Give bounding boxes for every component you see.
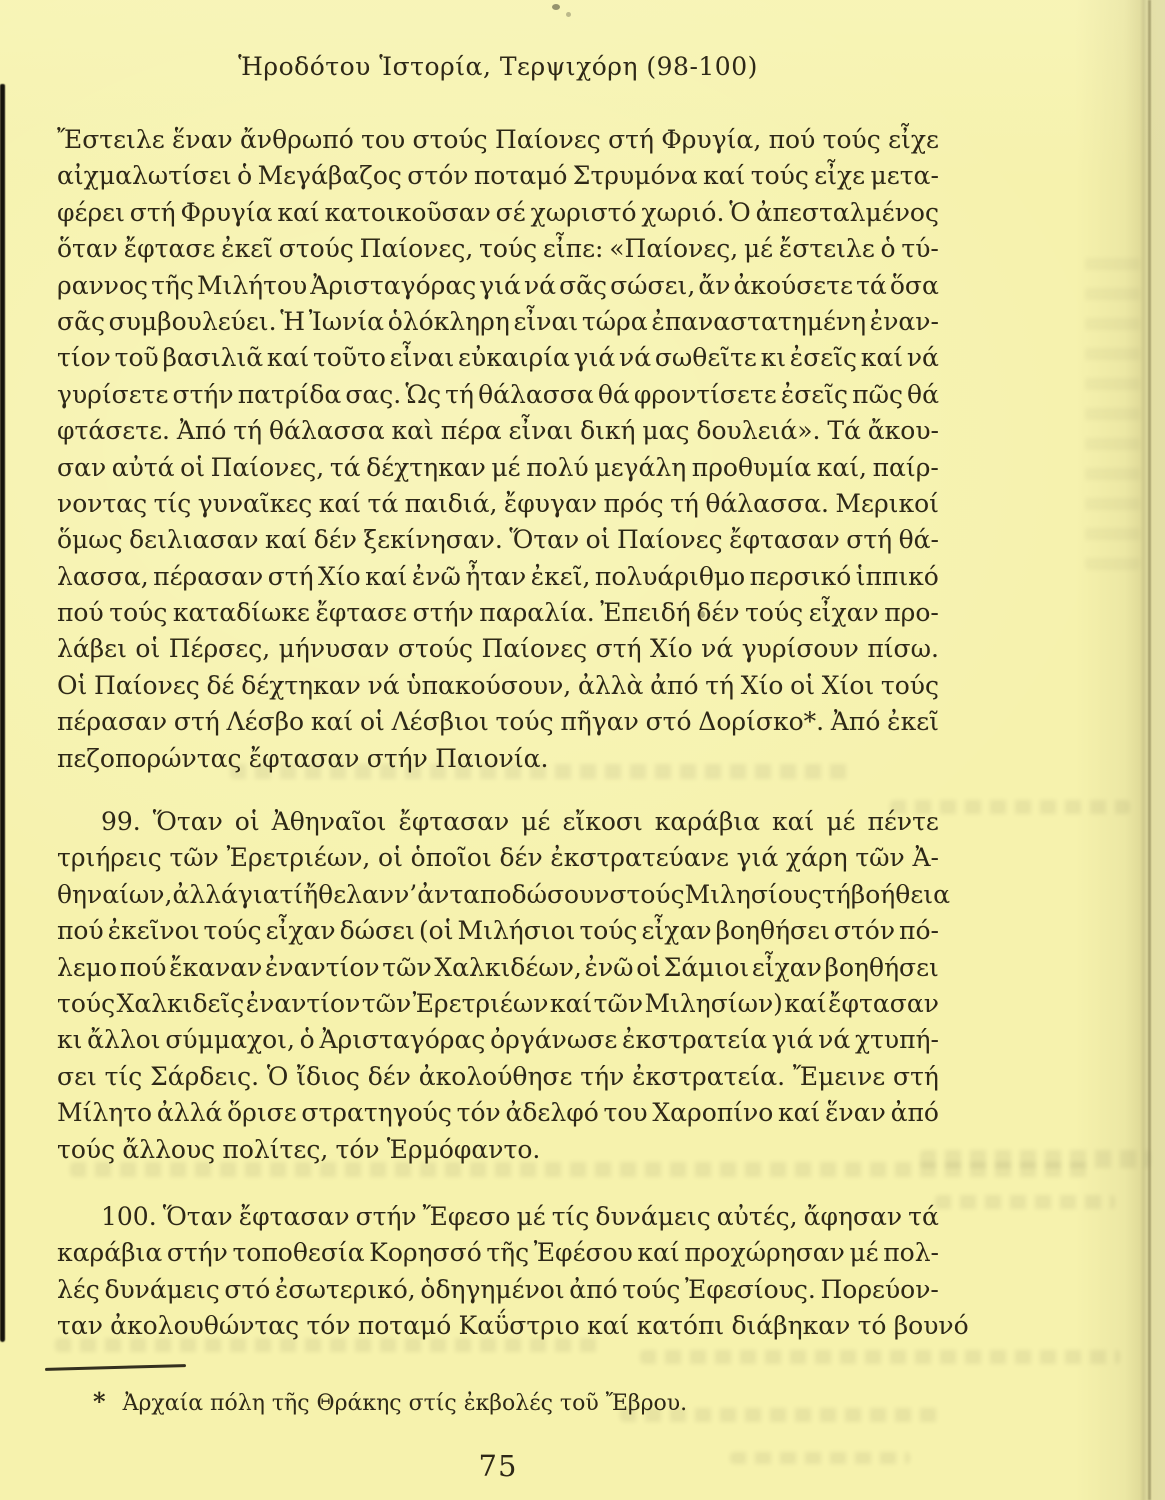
scan-artifact-edge-line [1148,0,1151,1500]
body-text: ἜστειλεἕνανἄνθρωπότουστούςΠαίονεςστήΦρυγ… [57,122,939,1345]
scan-artifact-bleedthrough [920,1150,1150,1168]
text-line: πεζοπορώνταςἔφτασανστήνΠαιονία. [57,741,939,777]
text-line: ἜστειλεἕνανἄνθρωπότουστούςΠαίονεςστήΦρυγ… [57,122,939,158]
text-line: ραννοςτῆςΜιλήτουἈρισταγόραςγιάνάσᾶςσώσει… [57,268,939,304]
text-line: πέρασανστήΛέσβοκαίοἱΛέσβιοιτούςπῆγανστόΔ… [57,704,939,740]
text-line: πούτούςκαταδίωκεἔφτασεστήνπαραλία.Ἐπειδή… [57,595,939,631]
text-line: γυρίσετεστήνπατρίδασας.Ὡςτήθάλασσαθάφρον… [57,377,939,413]
footnote-marker: * [93,1387,106,1417]
text-line: 100.ὍτανἔφτασανστήνἜφεσομέτίςδυνάμειςαὐτ… [57,1199,939,1235]
text-line: λεμοπούἔκανανἐναντίοντῶνΧαλκιδέων,ἐνῶοἱΣ… [57,950,939,986]
scan-artifact-page-edge-right [1075,0,1165,1500]
footnote-rule [45,1364,186,1371]
text-line: νονταςτίςγυναῖκεςκαίτάπαιδιά,ἔφυγανπρόςτ… [57,486,939,522]
text-line: πούἐκεῖνοιτούςεἶχανδώσει(οἱΜιλήσιοιτούςε… [57,913,939,949]
text-line: τανἀκολουθώνταςτόνποταμόΚαΰστριοκαίκατόπ… [57,1308,939,1344]
footnote: * Ἀρχαία πόλη τῆς Θράκης στίς ἐκβολές το… [93,1387,687,1419]
text-line: λασσα,πέρασανστήΧίοκαίἐνῶἦτανἐκεῖ,πολυάρ… [57,559,939,595]
text-line: λάβειοἱΠέρσες,μήνυσανστούςΠαίονεςστήΧίον… [57,631,939,667]
text-line: ὅτανἔφτασεἐκεῖστούςΠαίονες,τούςεἶπε:«Παί… [57,231,939,267]
scan-artifact-edge-left [0,84,5,1342]
scan-artifact-bleedthrough [1085,240,1140,570]
scan-artifact-bleedthrough [935,1195,1115,1209]
text-line: φτάσετε.Ἀπότήθάλασσακαὶπέραεἶναιδικήμαςδ… [57,413,939,449]
text-line: φέρειστήΦρυγίακαίκατοικοῦσανσέχωριστόχωρ… [57,195,939,231]
text-line: ΟἱΠαίονεςδέδέχτηκαννάὑπακούσουν,ἀλλὰἀπότ… [57,668,939,704]
text-line: σαναὐτάοἱΠαίονες,τάδέχτηκανμέπολύμεγάληπ… [57,450,939,486]
text-line: ΜίλητοἀλλάὅρισεστρατηγούςτόνἀδελφότουΧαρ… [57,1095,939,1131]
text-line: τίοντοῦβασιλιᾶκαίτοῦτοεἶναιεὐκαιρίαγιάνά… [57,340,939,376]
text-line: σᾶςσυμβουλεύει.ἩἸωνίαὁλόκληρηεἶναιτώραἐπ… [57,304,939,340]
text-line: τριήρειςτῶνἘρετριέων,οἱὁποῖοιδένἐκστρατε… [57,840,939,876]
paragraph: 100.ὍτανἔφτασανστήνἜφεσομέτίςδυνάμειςαὐτ… [57,1199,939,1345]
text-line: κιἄλλοισύμμαχοι,ὁἈρισταγόραςὀργάνωσεἐκστ… [57,1022,939,1058]
paragraph: ἜστειλεἕνανἄνθρωπότουστούςΠαίονεςστήΦρυγ… [57,122,939,777]
text-line: σειτίςΣάρδεις.Ὁἴδιοςδένἀκολούθησετήνἐκστ… [57,1059,939,1095]
scan-artifact-bleedthrough [640,1350,1120,1364]
text-line: ὅμωςδειλιασανκαίδένξεκίνησαν.ὍτανοἱΠαίον… [57,522,939,558]
scan-artifact-speck [552,4,560,10]
page-number: 75 [57,1449,939,1483]
paragraph: 99.ὍτανοἱἈθηναῖοιἔφτασανμέεἴκοσικαράβιακ… [57,804,939,1168]
scanned-book-page: Ἡροδότου Ἱστορία, Τερψιχόρη (98-100) Ἔστ… [0,0,1165,1500]
text-line: καράβιαστήντοποθεσίαΚορησσότῆςἘφέσουκαίπ… [57,1235,939,1271]
text-line: τούςΧαλκιδεῖςἐναντίοντῶνἘρετριέωνκαίτῶνΜ… [57,986,939,1022]
footnote-text: Ἀρχαία πόλη τῆς Θράκης στίς ἐκβολές τοῦ … [123,1389,688,1419]
text-line: 99.ὍτανοἱἈθηναῖοιἔφτασανμέεἴκοσικαράβιακ… [57,804,939,840]
text-line: λέςδυνάμειςστόἐσωτερικό,ὁδηγημένοιἀπότού… [57,1272,939,1308]
text-line: τούςἄλλουςπολίτες,τόνἙρμόφαντο. [57,1132,939,1168]
text-line: θηναίων,ἀλλάγιατίἤθελανν’ἀνταποδώσουνστο… [57,877,939,913]
running-head: Ἡροδότου Ἱστορία, Τερψιχόρη (98-100) [57,52,939,81]
scan-artifact-speck [566,12,571,17]
text-line: αἰχμαλωτίσειὁΜεγάβαζοςστόνποταμόΣτρυμόνα… [57,158,939,194]
